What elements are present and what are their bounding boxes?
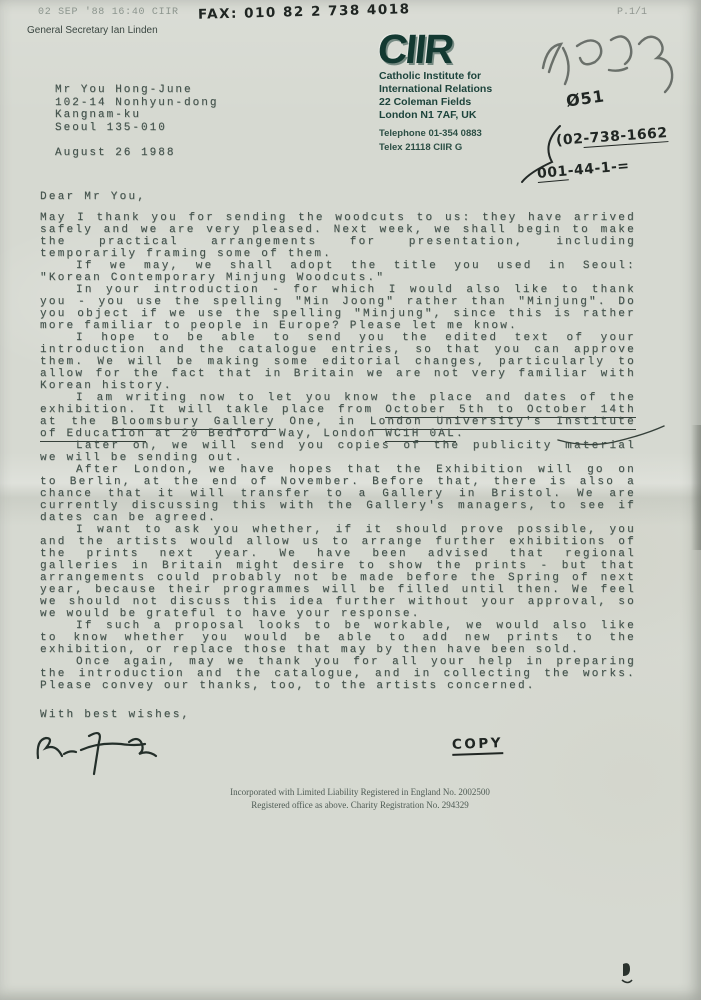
body-line: exhibition. It will takle place from Oct… bbox=[40, 404, 636, 416]
body-line: we would be grateful to have your respon… bbox=[40, 608, 636, 620]
text-run: If we may, we shall adopt the title you … bbox=[76, 260, 636, 272]
text-run: After London, we have hopes that the Exh… bbox=[76, 464, 636, 476]
body-line: Later on, we will send you copies of the… bbox=[40, 440, 636, 452]
body-line: year, because their programmes will be f… bbox=[40, 584, 636, 596]
organisation-address-line: International Relations bbox=[379, 83, 492, 96]
recipient-address: Mr You Hong-June102-14 Nonhyun-dongKangn… bbox=[55, 84, 218, 134]
body-line: dates can be agreed. bbox=[40, 512, 636, 524]
text-run: to know whether you would be able to add… bbox=[40, 632, 636, 644]
body-line: introduction and the catalogue entries, … bbox=[40, 344, 636, 356]
body-line: we will be sending out. bbox=[40, 452, 636, 464]
phone-part-underlined: -738- bbox=[583, 128, 627, 148]
organisation-address-line: London N1 7AF, UK bbox=[379, 109, 492, 122]
body-line: to Berlin, at the end of November. Befor… bbox=[40, 476, 636, 488]
body-line: more familiar to people in Europe? Pleas… bbox=[40, 320, 636, 332]
text-run: the introduction and the catalogue, and … bbox=[40, 668, 636, 680]
text-run: "Korean Contemporary Minjung Woodcuts." bbox=[40, 272, 385, 284]
text-run: to Berlin, at the end of November. Befor… bbox=[40, 476, 636, 488]
body-line: arrangements could probably not be made … bbox=[40, 572, 636, 584]
fax-page-number: P.1/1 bbox=[617, 7, 647, 18]
text-run: we would be grateful to have your respon… bbox=[40, 608, 421, 620]
body-line: allow for the fact that in Britain we ar… bbox=[40, 368, 636, 380]
closing-line: With best wishes, bbox=[40, 709, 190, 721]
registration-footer-line: Registered office as above. Charity Regi… bbox=[80, 799, 640, 812]
text-run: more familiar to people in Europe? Pleas… bbox=[40, 320, 518, 332]
text-run: One, in bbox=[276, 416, 370, 428]
text-run: you object if we use the spelling "Minju… bbox=[40, 308, 636, 320]
recipient-address-line: Kangnam-ku bbox=[55, 109, 218, 122]
body-line: to know whether you would be able to add… bbox=[40, 632, 636, 644]
ciir-logo: CIIR bbox=[376, 26, 455, 73]
body-line: After London, we have hopes that the Exh… bbox=[40, 464, 636, 476]
body-line: you object if we use the spelling "Minju… bbox=[40, 308, 636, 320]
recipient-address-line: 102-14 Nonhyun-dong bbox=[55, 97, 218, 110]
korean-handwriting-icon bbox=[537, 28, 697, 106]
handwritten-extension: Ø51 bbox=[565, 86, 606, 110]
text-run: them. We will be making some editorial c… bbox=[40, 356, 636, 368]
organisation-address-line: 22 Coleman Fields bbox=[379, 96, 492, 109]
text-run: . bbox=[456, 428, 465, 440]
letter-date: August 26 1988 bbox=[55, 147, 175, 159]
text-run: at 20 Bedford Way, London bbox=[146, 428, 385, 440]
text-run: If such a proposal looks to be workable,… bbox=[76, 620, 636, 632]
text-run: I hope to be able to send you the edited… bbox=[76, 332, 636, 344]
body-line: chance that it will transfer to a Galler… bbox=[40, 488, 636, 500]
text-run: exhibition. It will takle place from bbox=[40, 404, 385, 416]
text-run: at the bbox=[40, 416, 112, 428]
text-run: the prints next year. We have been advis… bbox=[40, 548, 636, 560]
body-line: you - you use the spelling "Min Joong" r… bbox=[40, 296, 636, 308]
organisation-address: Catholic Institute forInternational Rela… bbox=[379, 70, 492, 122]
text-run: Once again, may we thank you for all you… bbox=[76, 656, 636, 668]
text-run: I am writing now to let you know the pla… bbox=[76, 392, 636, 404]
letter-body: May I thank you for sending the woodcuts… bbox=[40, 212, 636, 692]
body-line: I am writing now to let you know the pla… bbox=[40, 392, 636, 404]
body-line: temporarily framing some of them. bbox=[40, 248, 636, 260]
handwritten-fax-number: FAX: 010 82 2 738 4018 bbox=[198, 1, 411, 23]
text-run: allow for the fact that in Britain we ar… bbox=[40, 368, 636, 380]
body-line: In your introduction - for which I would… bbox=[40, 284, 636, 296]
phone-part-underlined: 1662 bbox=[626, 125, 668, 145]
salutation: Dear Mr You, bbox=[40, 191, 146, 203]
body-line: the introduction and the catalogue, and … bbox=[40, 668, 636, 680]
paper-edge-streak bbox=[691, 425, 701, 550]
organisation-contact: Telephone 01-354 0883Telex 21118 CIIR G bbox=[379, 127, 482, 154]
body-line: May I thank you for sending the woodcuts… bbox=[40, 212, 636, 224]
text-run: safely and we are very pleased. Next wee… bbox=[40, 224, 636, 236]
general-secretary-line: General Secretary Ian Linden bbox=[27, 25, 158, 36]
text-run: galleries in Britain might desire to sho… bbox=[40, 560, 636, 572]
text-run: dates can be agreed. bbox=[40, 512, 217, 524]
handwritten-bracket-curve bbox=[518, 118, 578, 190]
recipient-address-line: Seoul 135-010 bbox=[55, 122, 218, 135]
body-line: the practical arrangements for presentat… bbox=[40, 236, 636, 248]
body-line: galleries in Britain might desire to sho… bbox=[40, 560, 636, 572]
text-run: you - you use the spelling "Min Joong" r… bbox=[40, 296, 636, 308]
body-line: If we may, we shall adopt the title you … bbox=[40, 260, 636, 272]
organisation-address-line: Catholic Institute for bbox=[379, 70, 492, 83]
registration-footer: Incorporated with Limited Liability Regi… bbox=[80, 786, 640, 812]
text-run: Later on, we will send you copies of the… bbox=[76, 440, 636, 452]
body-line: Please convey our thanks, too, to the ar… bbox=[40, 680, 636, 692]
text-run: I want to ask you whether, if it should … bbox=[76, 524, 636, 536]
body-line: I want to ask you whether, if it should … bbox=[40, 524, 636, 536]
text-run: chance that it will transfer to a Galler… bbox=[40, 488, 636, 500]
text-run: currently discussing this with the Galle… bbox=[40, 500, 636, 512]
signature bbox=[33, 728, 163, 778]
copy-stamp: COPY bbox=[452, 735, 504, 756]
body-line: of Education at 20 Bedford Way, London W… bbox=[40, 428, 636, 440]
fax-timestamp: 02 SEP '88 16:40 CIIR bbox=[38, 7, 179, 18]
body-line: we should not discuss this idea further … bbox=[40, 596, 636, 608]
text-run: and the artists would allow us to arrang… bbox=[40, 536, 636, 548]
pen-tail-squiggle bbox=[556, 424, 666, 448]
registration-footer-line: Incorporated with Limited Liability Regi… bbox=[80, 786, 640, 799]
text-run: In your introduction - for which I would… bbox=[76, 284, 636, 296]
body-line: currently discussing this with the Galle… bbox=[40, 500, 636, 512]
body-line: at the Bloomsbury Gallery One, in London… bbox=[40, 416, 636, 428]
body-line: them. We will be making some editorial c… bbox=[40, 356, 636, 368]
text-run: exhibition, or replace those that may by… bbox=[40, 644, 580, 656]
ink-mark bbox=[619, 960, 635, 988]
text-run: Korean history. bbox=[40, 380, 173, 392]
text-run: the practical arrangements for presentat… bbox=[40, 236, 636, 248]
organisation-contact-line: Telex 21118 CIIR G bbox=[379, 141, 482, 155]
body-line: Korean history. bbox=[40, 380, 636, 392]
body-line: safely and we are very pleased. Next wee… bbox=[40, 224, 636, 236]
body-line: If such a proposal looks to be workable,… bbox=[40, 620, 636, 632]
text-run: arrangements could probably not be made … bbox=[40, 572, 636, 584]
text-run: we will be sending out. bbox=[40, 452, 244, 464]
body-line: the prints next year. We have been advis… bbox=[40, 548, 636, 560]
text-run: we should not discuss this idea further … bbox=[40, 596, 636, 608]
body-line: exhibition, or replace those that may by… bbox=[40, 644, 636, 656]
body-line: Once again, may we thank you for all you… bbox=[40, 656, 636, 668]
body-line: "Korean Contemporary Minjung Woodcuts." bbox=[40, 272, 636, 284]
body-line: I hope to be able to send you the edited… bbox=[40, 332, 636, 344]
recipient-address-line: Mr You Hong-June bbox=[55, 84, 218, 97]
text-run: Please convey our thanks, too, to the ar… bbox=[40, 680, 536, 692]
text-run: introduction and the catalogue entries, … bbox=[40, 344, 636, 356]
body-line: and the artists would allow us to arrang… bbox=[40, 536, 636, 548]
text-run: year, because their programmes will be f… bbox=[40, 584, 636, 596]
text-run: May I thank you for sending the woodcuts… bbox=[40, 212, 636, 224]
text-run: temporarily framing some of them. bbox=[40, 248, 332, 260]
organisation-contact-line: Telephone 01-354 0883 bbox=[379, 127, 482, 141]
